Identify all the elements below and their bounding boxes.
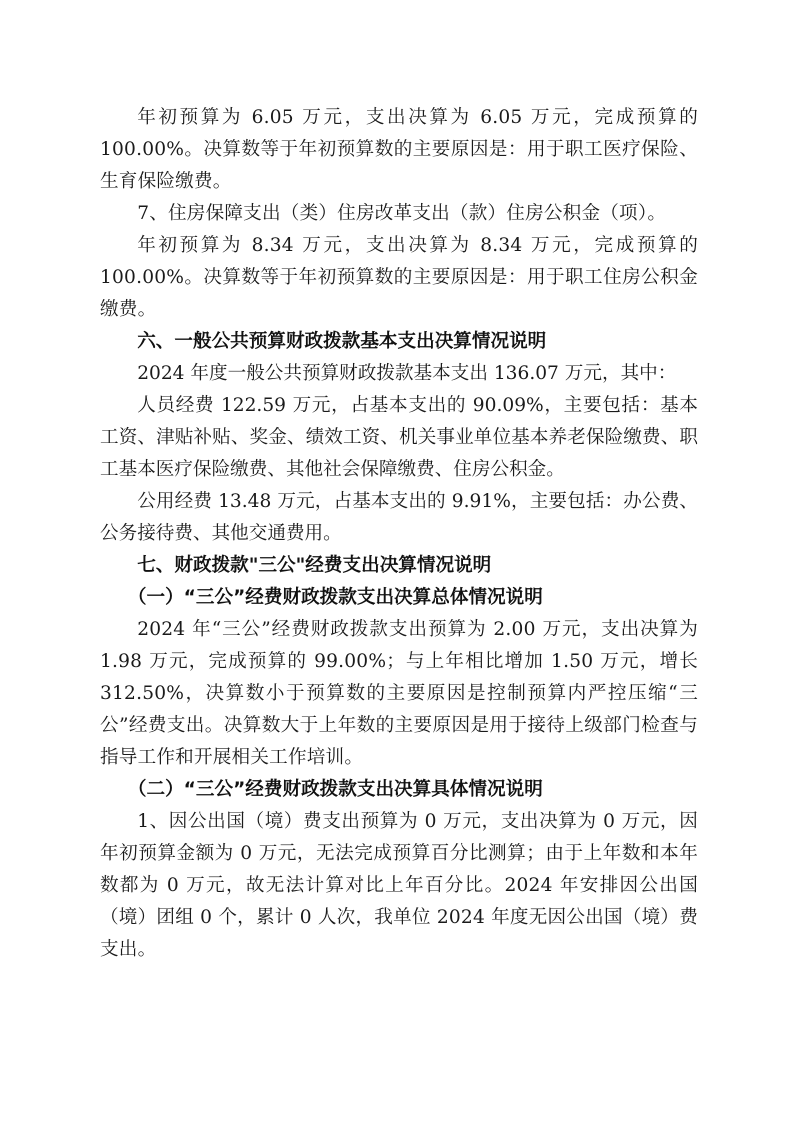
subsection-heading-7-2: （二）“三公”经费财政拨款支出决算具体情况说明 <box>100 774 698 806</box>
paragraph-public-expenses: 公用经费 13.48 万元，占基本支出的 9.91%，主要包括：办公费、公务接待… <box>100 486 698 550</box>
paragraph-personnel-expenses: 人员经费 122.59 万元，占基本支出的 90.09%，主要包括：基本工资、津… <box>100 390 698 486</box>
paragraph-basic-expenditure-total: 2024 年度一般公共预算财政拨款基本支出 136.07 万元，其中： <box>100 358 698 390</box>
document-page: 年初预算为 6.05 万元，支出决算为 6.05 万元，完成预算的 100.00… <box>100 102 698 966</box>
paragraph-overseas-travel: 1、因公出国（境）费支出预算为 0 万元，支出决算为 0 万元，因年初预算金额为… <box>100 806 698 966</box>
paragraph-housing-fund-budget: 年初预算为 8.34 万元，支出决算为 8.34 万元，完成预算的 100.00… <box>100 230 698 326</box>
paragraph-three-public-overall: 2024 年“三公”经费财政拨款支出预算为 2.00 万元，支出决算为 1.98… <box>100 614 698 774</box>
subsection-heading-7-1: （一）“三公”经费财政拨款支出决算总体情况说明 <box>100 582 698 614</box>
paragraph-medical-insurance-budget: 年初预算为 6.05 万元，支出决算为 6.05 万元，完成预算的 100.00… <box>100 102 698 198</box>
paragraph-housing-item-title: 7、住房保障支出（类）住房改革支出（款）住房公积金（项）。 <box>100 198 698 230</box>
section-heading-7: 七、财政拨款"三公"经费支出决算情况说明 <box>100 550 698 582</box>
section-heading-6: 六、一般公共预算财政拨款基本支出决算情况说明 <box>100 326 698 358</box>
